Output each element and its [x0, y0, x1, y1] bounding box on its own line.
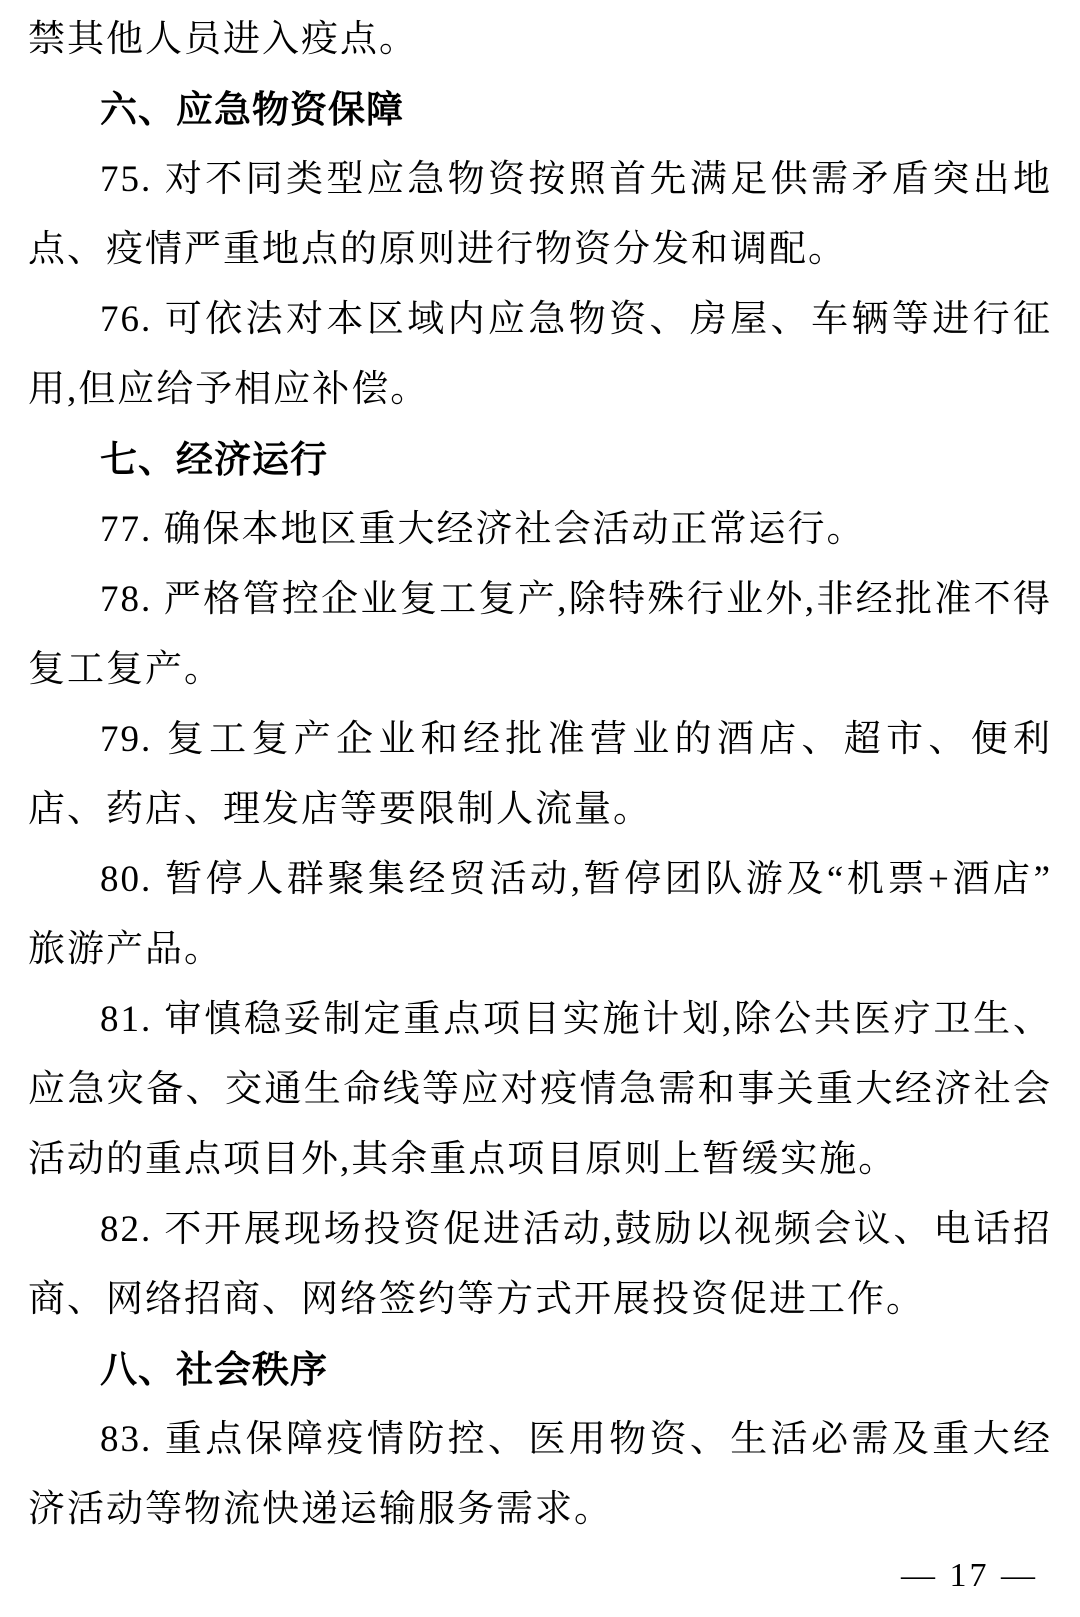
section-heading: 六、应急物资保障 [28, 75, 1052, 145]
paragraph: 82. 不开展现场投资促进活动,鼓励以视频会议、电话招商、网络招商、网络签约等方… [28, 1195, 1052, 1335]
section-heading: 七、经济运行 [28, 425, 1052, 495]
document-body: 禁其他人员进入疫点。六、应急物资保障75. 对不同类型应急物资按照首先满足供需矛… [28, 5, 1052, 1545]
paragraph: 81. 审慎稳妥制定重点项目实施计划,除公共医疗卫生、应急灾备、交通生命线等应对… [28, 985, 1052, 1195]
paragraph: 77. 确保本地区重大经济社会活动正常运行。 [28, 495, 1052, 565]
section-heading: 八、社会秩序 [28, 1335, 1052, 1405]
paragraph: 83. 重点保障疫情防控、医用物资、生活必需及重大经济活动等物流快递运输服务需求… [28, 1405, 1052, 1545]
document-page: 禁其他人员进入疫点。六、应急物资保障75. 对不同类型应急物资按照首先满足供需矛… [0, 0, 1080, 1617]
paragraph: 76. 可依法对本区域内应急物资、房屋、车辆等进行征用,但应给予相应补偿。 [28, 285, 1052, 425]
paragraph: 75. 对不同类型应急物资按照首先满足供需矛盾突出地点、疫情严重地点的原则进行物… [28, 145, 1052, 285]
page-number: — 17 — [901, 1557, 1038, 1594]
paragraph: 80. 暂停人群聚集经贸活动,暂停团队游及“机票+酒店”旅游产品。 [28, 845, 1052, 985]
paragraph: 禁其他人员进入疫点。 [28, 5, 1052, 75]
paragraph: 78. 严格管控企业复工复产,除特殊行业外,非经批准不得复工复产。 [28, 565, 1052, 705]
page-footer: — 17 — [901, 1552, 1038, 1600]
paragraph: 79. 复工复产企业和经批准营业的酒店、超市、便利店、药店、理发店等要限制人流量… [28, 705, 1052, 845]
